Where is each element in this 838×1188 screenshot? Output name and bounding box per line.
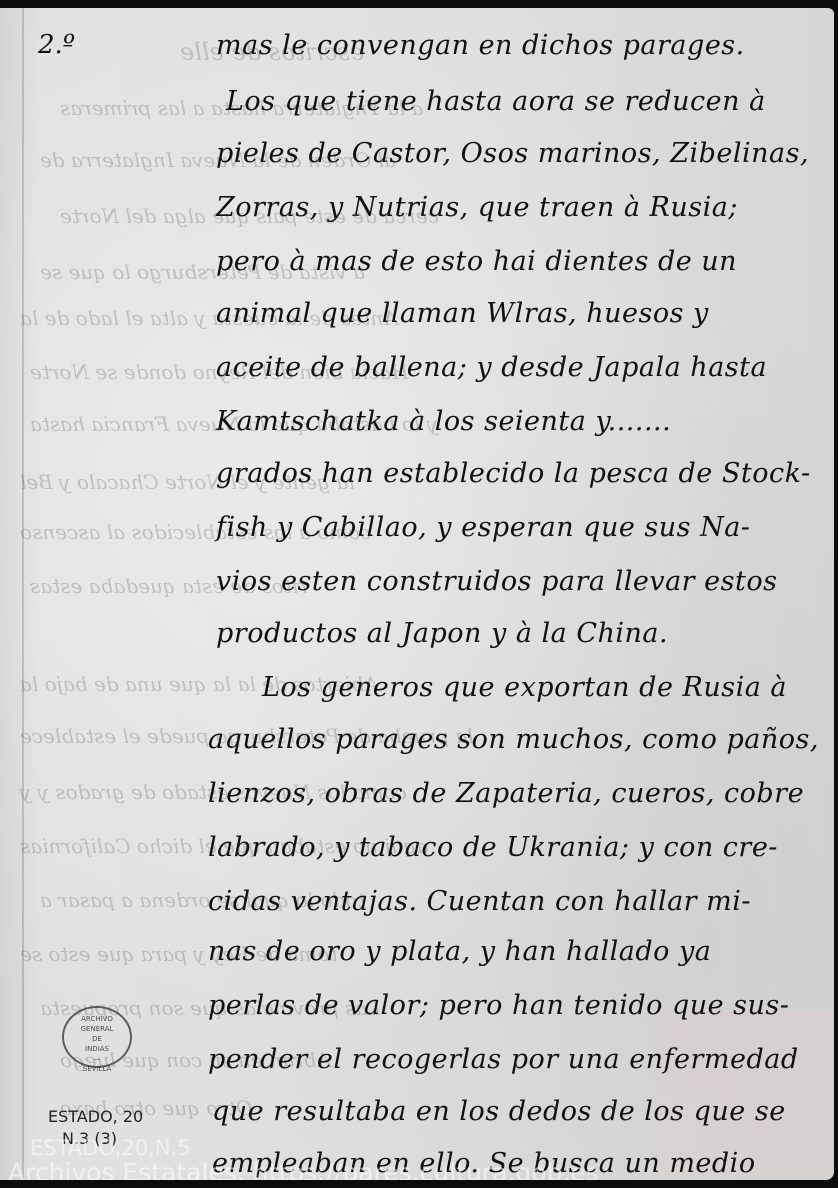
text-line: que resultaba en los dedos de los que se	[212, 1096, 786, 1127]
text-line: perlas de valor; pero han tenido que sus…	[208, 990, 789, 1021]
archive-stamp: ARCHIVO GENERAL DE INDIAS — SEVILLA	[62, 1006, 132, 1068]
text-line: aquellos parages son muchos, como paños,	[208, 724, 819, 755]
text-line: pieles de Castor, Osos marinos, Zibelina…	[216, 138, 809, 169]
manuscript-page: escritos de elle a la Ynglaterra hasta a…	[0, 8, 834, 1180]
text-line: grados han establecido la pesca de Stock…	[216, 458, 811, 489]
text-line: vios esten construidos para llevar estos	[216, 566, 777, 597]
stamp-line: DE	[64, 1034, 130, 1044]
text-line: labrado, y tabaco de Ukrania; y con cre-	[208, 832, 778, 863]
text-line: fish y Cabillao, y esperan que sus Na-	[216, 512, 750, 543]
text-line: pender el recogerlas por una enfermedad	[208, 1044, 799, 1075]
text-line: aceite de ballena; y desde Japala hasta	[216, 352, 767, 383]
text-line: mas le convengan en dichos parages.	[216, 30, 745, 61]
text-line: Kamtschatka à los seienta y.......	[216, 406, 671, 437]
stamp-line: ARCHIVO GENERAL	[64, 1014, 130, 1034]
text-line: productos al Japon y à la China.	[216, 618, 668, 649]
text-line: animal que llaman Wlras, huesos y	[216, 298, 709, 329]
text-line: lienzos, obras de Zapateria, cueros, cob…	[208, 778, 804, 809]
watermark-source: Archivos Estatales, https://pares.cultur…	[8, 1158, 599, 1180]
text-line: pero à mas de esto hai dientes de un	[216, 246, 737, 277]
margin-fold-line	[22, 8, 24, 1180]
text-line: Los que tiene hasta aora se reducen à	[226, 86, 766, 117]
stamp-line: SEVILLA	[64, 1064, 130, 1074]
stamp-line: —	[64, 1054, 130, 1064]
stamp-line: INDIAS	[64, 1044, 130, 1054]
text-line: nas de oro y plata, y han hallado ya	[208, 936, 711, 967]
text-line: Los generos que exportan de Rusia à	[262, 672, 787, 703]
text-line: cidas ventajas. Cuentan con hallar mi-	[208, 886, 751, 917]
folio-number: 2.º	[38, 30, 75, 60]
watermark-signature: ESTADO,20,N.5	[30, 1136, 191, 1160]
archive-reference-line: ESTADO, 20	[48, 1106, 143, 1128]
text-line: Zorras, y Nutrias, que traen à Rusia;	[216, 192, 738, 223]
